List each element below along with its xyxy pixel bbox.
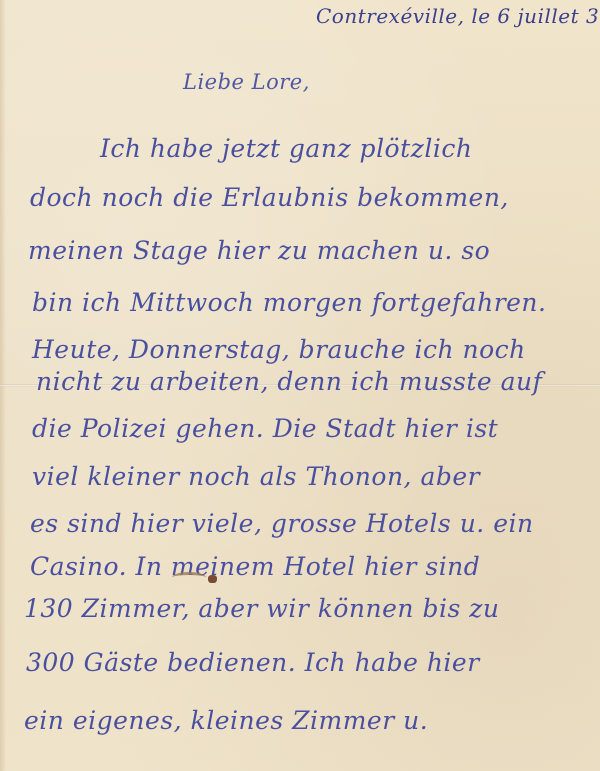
- body-line-13: ein eigenes, kleines Zimmer u.: [24, 706, 428, 735]
- letter-page: Contrexéville, le 6 juillet 39 Liebe Lor…: [0, 0, 600, 771]
- body-line-11: 130 Zimmer, aber wir können bis zu: [24, 594, 500, 623]
- body-line-8: viel kleiner noch als Thonon, aber: [32, 462, 480, 491]
- body-line-3: meinen Stage hier zu machen u. so: [28, 236, 490, 265]
- place-date: Contrexéville, le 6 juillet 39: [316, 4, 600, 28]
- body-line-10: Casino. In meinem Hotel hier sind: [30, 552, 480, 581]
- body-line-4: bin ich Mittwoch morgen fortgefahren.: [32, 288, 546, 317]
- body-line-1: Ich habe jetzt ganz plötzlich: [100, 134, 472, 163]
- body-line-12: 300 Gäste bedienen. Ich habe hier: [26, 648, 480, 677]
- greeting: Liebe Lore,: [183, 70, 310, 94]
- body-line-9: es sind hier viele, grosse Hotels u. ein: [30, 509, 534, 538]
- body-line-6: nicht zu arbeiten, denn ich musste auf: [36, 367, 542, 396]
- body-line-5: Heute, Donnerstag, brauche ich noch: [32, 335, 526, 364]
- ink-stain: [172, 572, 206, 583]
- ink-blot: [208, 575, 217, 583]
- body-line-7: die Polizei gehen. Die Stadt hier ist: [32, 414, 498, 443]
- body-line-2: doch noch die Erlaubnis bekommen,: [30, 183, 509, 212]
